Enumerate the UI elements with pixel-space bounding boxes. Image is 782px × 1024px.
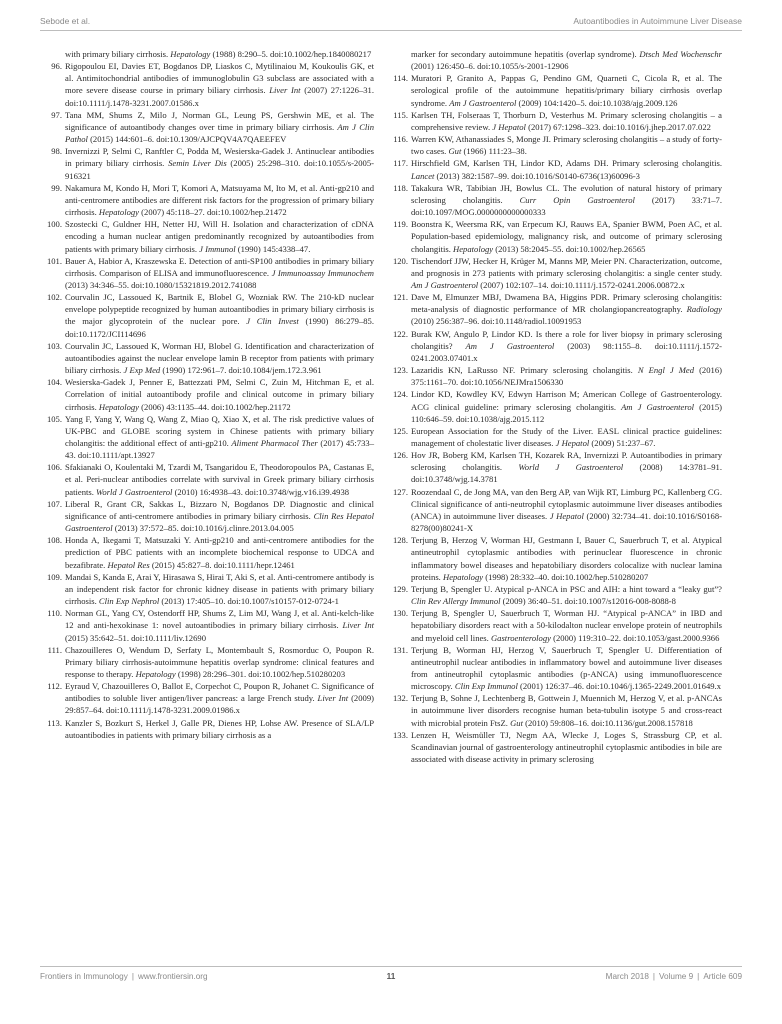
reference-number: 122. [388,328,408,340]
reference-text: Lenzen H, Weismüller TJ, Negm AA, Wlecke… [411,730,722,764]
reference-citation: (2010) 256:387–96. doi:10.1148/radiol.10… [411,316,581,326]
journal-name: Lancet [411,171,434,181]
reference-citation: (2013) 58:2045–55. doi:10.1002/hep.26565 [493,244,645,254]
journal-name: N Engl J Med [638,365,694,375]
reference-number: 98. [42,145,62,157]
reference-citation: (2013) 34:346–55. doi:10.1080/15321819.2… [65,280,256,290]
reference-citation: (2007) 102:107–14. doi:10.1111/j.1572-02… [478,280,684,290]
journal-name: Liver Int [318,693,349,703]
reference-number: 104. [42,376,62,388]
journal-name: Am J Gastroenterol [411,280,478,290]
footer-volume: Volume 9 [659,972,693,981]
footer-issue-info: March 2018|Volume 9|Article 609 [606,972,742,981]
reference-item: 108.Honda A, Ikegami T, Matsuzaki Y. Ant… [42,534,374,570]
journal-name: Curr Opin Gastroenterol [520,195,635,205]
reference-number: 126. [388,449,408,461]
journal-name: Hepatology [453,244,493,254]
reference-item: 129.Terjung B, Spengler U. Atypical p-AN… [388,583,722,607]
journal-name: Semin Liver Dis [168,158,227,168]
journal-name: Aliment Pharmacol Ther [231,438,317,448]
reference-item: 113.Kanzler S, Bozkurt S, Herkel J, Gall… [42,717,374,741]
reference-item: 110.Norman GL, Yang CY, Ostendorff HP, S… [42,607,374,643]
reference-item: 119.Boonstra K, Weersma RK, van Erpecum … [388,218,722,254]
reference-number: 103. [42,340,62,352]
reference-text: Terjung B, Spengler U. Atypical p-ANCA i… [411,584,722,594]
journal-name: World J Gastroenterol [518,462,623,472]
reference-number: 123. [388,364,408,376]
reference-item: 103.Courvalin JC, Lassoued K, Worman HJ,… [42,340,374,376]
reference-item: 109.Mandai S, Kanda E, Arai Y, Hirasawa … [42,571,374,607]
reference-citation: (2010) 59:808–16. doi:10.1136/gut.2008.1… [523,718,693,728]
reference-citation: (2009) 51:237–67. [589,438,655,448]
reference-citation: (2009) 104:1420–5. doi:10.1038/ajg.2009.… [516,98,677,108]
reference-number: 127. [388,486,408,498]
reference-text: Dave M, Elmunzer MBJ, Dwamena BA, Higgin… [411,292,722,314]
reference-citation: (2006) 43:1135–44. doi:10.1002/hep.21172 [139,402,291,412]
journal-name: World J Gastroenterol [96,487,172,497]
reference-citation: (2007) 45:118–27. doi:10.1002/hep.21472 [139,207,287,217]
reference-number: 100. [42,218,62,230]
reference-item: 122.Burak KW, Angulo P, Lindor KD. Is th… [388,328,722,364]
reference-number: 125. [388,425,408,437]
reference-number: 101. [42,255,62,267]
reference-number: 129. [388,583,408,595]
reference-number: 117. [388,157,408,169]
reference-number: 110. [42,607,62,619]
reference-text: Norman GL, Yang CY, Ostendorff HP, Shums… [65,608,374,630]
reference-citation: (2015) 144:601–6. doi:10.1309/AJCPQV4A7Q… [88,134,286,144]
reference-item: 104.Wesierska-Gadek J, Penner E, Battezz… [42,376,374,412]
reference-number: 131. [388,644,408,656]
reference-number: 119. [388,218,408,230]
reference-text: Lazaridis KN, LaRusso NF. Primary sclero… [411,365,638,375]
journal-name: Hepatology [136,669,176,679]
journal-name: Am J Gastroenterol [449,98,516,108]
reference-number: 116. [388,133,408,145]
reference-number: 130. [388,607,408,619]
reference-citation: (2001) 126:37–46. doi:10.1046/j.1365-224… [518,681,721,691]
reference-number: 114. [388,72,408,84]
reference-item: 99.Nakamura M, Kondo H, Mori T, Komori A… [42,182,374,218]
reference-citation: (2000) 119:310–22. doi:10.1053/gast.2000… [551,633,719,643]
journal-name: Am J Gastroenterol [466,341,555,351]
journal-name: Gut [448,146,461,156]
journal-name: Gut [510,718,523,728]
reference-item: 121.Dave M, Elmunzer MBJ, Dwamena BA, Hi… [388,291,722,327]
journal-name: Hepatology [99,402,139,412]
reference-item: 97.Tana MM, Shums Z, Milo J, Norman GL, … [42,109,374,145]
journal-name: J Hepatol [492,122,526,132]
references-left-column: with primary biliary cirrhosis. Hepatolo… [42,48,374,741]
journal-name: Dtsch Med Wochenschr [639,49,722,59]
reference-continuation: with primary biliary cirrhosis. Hepatolo… [42,48,374,60]
journal-name: J Hepatol [556,438,590,448]
reference-item: 127.Roozendaal C, de Jong MA, van den Be… [388,486,722,535]
journal-name: J Exp Med [123,365,160,375]
footer-date: March 2018 [606,972,649,981]
reference-citation: (2009) 36:40–51. doi:10.1007/s12016-008-… [501,596,676,606]
reference-citation: (1990) 172:961–7. doi:10.1084/jem.172.3.… [160,365,321,375]
journal-name: Gastroenterology [491,633,551,643]
reference-item: 126.Hov JR, Boberg KM, Karlsen TH, Kozar… [388,449,722,485]
reference-item: 105.Yang F, Yang Y, Wang Q, Wang Z, Miao… [42,413,374,462]
journal-name: J Immunol [199,244,236,254]
reference-item: 98.Invernizzi P, Selmi C, Ranftler C, Po… [42,145,374,181]
reference-item: 125.European Association for the Study o… [388,425,722,449]
reference-number: 96. [42,60,62,72]
journal-name: Hepatology [170,49,210,59]
reference-citation: (2017) 67:1298–323. doi:10.1016/j.jhep.2… [526,122,711,132]
reference-item: 132.Terjung B, Sohne J, Lechtenberg B, G… [388,692,722,728]
reference-number: 108. [42,534,62,546]
reference-item: 131.Terjung B, Worman HJ, Herzog V, Saue… [388,644,722,693]
reference-citation: (2015) 45:827–8. doi:10.1111/hepr.12461 [150,560,295,570]
reference-text: Kanzler S, Bozkurt S, Herkel J, Galle PR… [65,718,374,740]
journal-name: Liver Int [343,620,375,630]
running-head: Sebode et al. Autoantibodies in Autoimmu… [40,14,742,30]
footer-article: Article 609 [703,972,742,981]
running-head-title: Autoantibodies in Autoimmune Liver Disea… [573,16,742,26]
reference-number: 133. [388,729,408,741]
journal-name: J Clin Invest [246,316,299,326]
reference-item: 123.Lazaridis KN, LaRusso NF. Primary sc… [388,364,722,388]
reference-item: 107.Liberal R, Grant CR, Sakkas L, Bizza… [42,498,374,534]
reference-item: 112.Eyraud V, Chazouilleres O, Ballot E,… [42,680,374,716]
reference-number: 120. [388,255,408,267]
page-footer: Frontiers in Immunology|www.frontiersin.… [40,972,742,986]
journal-name: Liver Int [269,85,300,95]
reference-item: 100.Szostecki C, Guldner HH, Netter HJ, … [42,218,374,254]
reference-number: 106. [42,461,62,473]
reference-item: 102.Courvalin JC, Lassoued K, Bartnik E,… [42,291,374,340]
journal-name: J Immunoassay Immunochem [272,268,374,278]
reference-citation: (2013) 382:1587–99. doi:10.1016/S0140-67… [434,171,640,181]
reference-item: 128.Terjung B, Herzog V, Worman HJ, Gest… [388,534,722,583]
reference-item: 115.Karlsen TH, Folseraas T, Thorburn D,… [388,109,722,133]
reference-text: Hirschfield GM, Karlsen TH, Lindor KD, A… [411,158,722,168]
reference-number: 128. [388,534,408,546]
journal-name: Am J Gastroenterol [621,402,694,412]
reference-number: 113. [42,717,62,729]
journal-name: Hepatology [99,207,139,217]
header-divider [40,30,742,31]
reference-number: 107. [42,498,62,510]
reference-citation: (2013) 37:572–85. doi:10.1016/j.clinre.2… [113,523,294,533]
reference-item: 96.Rigopoulou EI, Davies ET, Bogdanos DP… [42,60,374,109]
reference-item: 101.Bauer A, Habior A, Kraszewska E. Det… [42,255,374,291]
reference-citation: (2010) 16:4938–43. doi:10.3748/wjg.v16.i… [172,487,349,497]
journal-name: Hepatol Res [107,560,149,570]
reference-item: 133.Lenzen H, Weismüller TJ, Negm AA, Wl… [388,729,722,765]
reference-item: 111.Chazouilleres O, Wendum D, Serfaty L… [42,644,374,680]
reference-list: 114.Muratori P, Granito A, Pappas G, Pen… [388,72,722,765]
running-head-authors: Sebode et al. [40,16,90,26]
reference-citation: (1998) 28:332–40. doi:10.1002/hep.510280… [483,572,648,582]
journal-name: Radiology [687,304,722,314]
reference-number: 112. [42,680,62,692]
reference-item: 124.Lindor KD, Kowdley KV, Edwyn Harriso… [388,388,722,424]
reference-number: 97. [42,109,62,121]
reference-number: 111. [42,644,62,656]
reference-item: 120.Tischendorf JJW, Hecker H, Krüger M,… [388,255,722,291]
reference-number: 115. [388,109,408,121]
journal-name: Clin Rev Allergy Immunol [411,596,501,606]
reference-citation: (1998) 28:296–301. doi:10.1002/hep.51028… [176,669,345,679]
journal-name: Hepatology [443,572,483,582]
reference-number: 102. [42,291,62,303]
reference-text: Tischendorf JJW, Hecker H, Krüger M, Man… [411,256,722,278]
reference-item: 116.Warren KW, Athanassiades S, Monge JI… [388,133,722,157]
journal-name: J Hepatol [550,511,584,521]
footer-divider [40,966,742,967]
reference-item: 130.Terjung B, Spengler U, Sauerbruch T,… [388,607,722,643]
reference-citation: (1966) 111:23–38. [461,146,526,156]
reference-citation: (2013) 17:405–10. doi:10.1007/s10157-012… [159,596,339,606]
reference-number: 124. [388,388,408,400]
reference-number: 109. [42,571,62,583]
reference-text: Tana MM, Shums Z, Milo J, Norman GL, Leu… [65,110,374,132]
journal-name: Clin Exp Nephrol [99,596,159,606]
reference-citation: (2015) 35:642–51. doi:10.1111/liv.12690 [65,633,206,643]
reference-citation: (1990) 145:4338–47. [236,244,311,254]
reference-number: 118. [388,182,408,194]
reference-item: 106.Sfakianaki O, Koulentaki M, Tzardi M… [42,461,374,497]
reference-list: 96.Rigopoulou EI, Davies ET, Bogdanos DP… [42,60,374,741]
reference-item: 118.Takakura WR, Tabibian JH, Bowlus CL.… [388,182,722,218]
reference-item: 117.Hirschfield GM, Karlsen TH, Lindor K… [388,157,722,181]
reference-continuation: marker for secondary autoimmune hepatiti… [388,48,722,72]
reference-number: 121. [388,291,408,303]
reference-number: 99. [42,182,62,194]
reference-number: 105. [42,413,62,425]
reference-item: 114.Muratori P, Granito A, Pappas G, Pen… [388,72,722,108]
journal-name: Clin Exp Immunol [455,681,518,691]
reference-number: 132. [388,692,408,704]
references-right-column: marker for secondary autoimmune hepatiti… [388,48,722,765]
